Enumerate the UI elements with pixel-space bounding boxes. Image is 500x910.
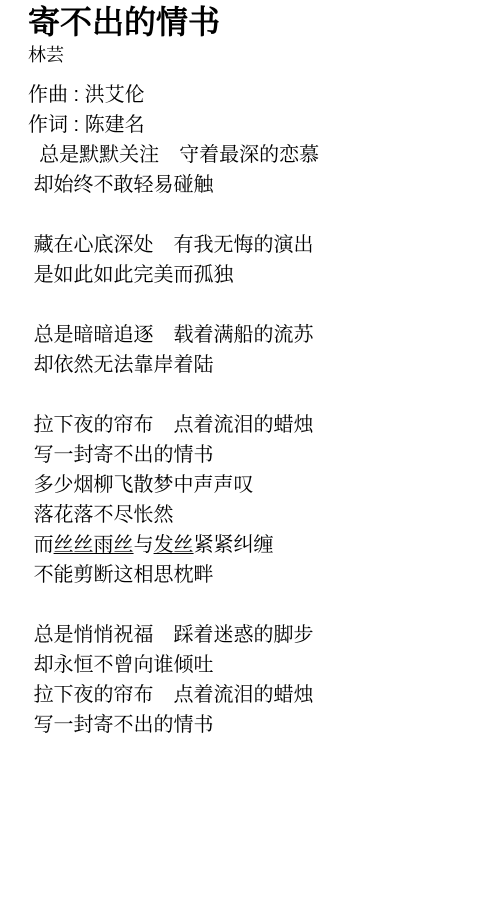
lyric-line: 总是暗暗追逐 载着满船的流苏 xyxy=(28,320,480,350)
lyric-segment: 而 xyxy=(28,534,54,556)
composer-line: 作曲 : 洪艾伦 xyxy=(28,80,480,110)
lyric-line: 多少烟柳飞散梦中声声叹 xyxy=(28,470,480,500)
lyric-segment: 拉下夜的帘布 点着流泪的蜡烛 xyxy=(28,684,314,706)
lyric-line: 却依然无法靠岸着陆 xyxy=(28,350,480,380)
stanza: 总是悄悄祝福 踩着迷惑的脚步 却永恒不曾向谁倾吐 拉下夜的帘布 点着流泪的蜡烛 … xyxy=(28,620,480,740)
lyric-line: 藏在心底深处 有我无悔的演出 xyxy=(28,230,480,260)
lyric-line: 总是悄悄祝福 踩着迷惑的脚步 xyxy=(28,620,480,650)
lyric-segment: 紧紧纠缠 xyxy=(194,534,274,556)
lyric-underlined-segment: 发丝 xyxy=(154,534,194,556)
lyric-line: 不能剪断这相思枕畔 xyxy=(28,560,480,590)
lyric-segment: 是如此如此完美而孤独 xyxy=(28,264,234,286)
artist-name: 林芸 xyxy=(28,42,480,68)
lyric-line: 写一封寄不出的情书 xyxy=(28,440,480,470)
lyric-line: 拉下夜的帘布 点着流泪的蜡烛 xyxy=(28,410,480,440)
stanza: 总是暗暗追逐 载着满船的流苏 却依然无法靠岸着陆 xyxy=(28,320,480,380)
lyric-underlined-segment: 丝丝雨丝 xyxy=(54,534,134,556)
lyric-segment: 却始终不敢轻易碰触 xyxy=(28,174,214,196)
lyric-segment: 却依然无法靠岸着陆 xyxy=(28,354,214,376)
lyric-segment: 总是暗暗追逐 载着满船的流苏 xyxy=(28,324,314,346)
lyric-segment: 写一封寄不出的情书 xyxy=(28,444,214,466)
lyric-segment: 藏在心底深处 有我无悔的演出 xyxy=(28,234,314,256)
lyric-line: 却永恒不曾向谁倾吐 xyxy=(28,650,480,680)
lyric-segment: 总是默默关注 守着最深的恋慕 xyxy=(28,144,319,166)
lyric-line: 是如此如此完美而孤独 xyxy=(28,260,480,290)
lyric-line: 写一封寄不出的情书 xyxy=(28,710,480,740)
stanza: 藏在心底深处 有我无悔的演出 是如此如此完美而孤独 xyxy=(28,230,480,290)
song-title: 寄不出的情书 xyxy=(28,2,480,42)
lyric-line: 而丝丝雨丝与发丝紧紧纠缠 xyxy=(28,530,480,560)
lyrics-body: 总是默默关注 守着最深的恋慕 却始终不敢轻易碰触 藏在心底深处 有我无悔的演出 … xyxy=(28,140,480,740)
stanza: 拉下夜的帘布 点着流泪的蜡烛 写一封寄不出的情书 多少烟柳飞散梦中声声叹 落花落… xyxy=(28,410,480,590)
lyric-segment: 不能剪断这相思枕畔 xyxy=(28,564,214,586)
lyric-line: 却始终不敢轻易碰触 xyxy=(28,170,480,200)
lyric-line: 总是默默关注 守着最深的恋慕 xyxy=(28,140,480,170)
lyrics-page: 寄不出的情书 林芸 作曲 : 洪艾伦 作词 : 陈建名 总是默默关注 守着最深的… xyxy=(0,0,500,910)
stanza: 总是默默关注 守着最深的恋慕 却始终不敢轻易碰触 xyxy=(28,140,480,200)
lyric-segment: 写一封寄不出的情书 xyxy=(28,714,214,736)
lyric-line: 拉下夜的帘布 点着流泪的蜡烛 xyxy=(28,680,480,710)
lyric-segment: 拉下夜的帘布 点着流泪的蜡烛 xyxy=(28,414,314,436)
lyricist-line: 作词 : 陈建名 xyxy=(28,110,480,140)
lyric-segment: 却永恒不曾向谁倾吐 xyxy=(28,654,214,676)
lyric-segment: 总是悄悄祝福 踩着迷惑的脚步 xyxy=(28,624,314,646)
lyric-segment: 与 xyxy=(134,534,154,556)
credits-block: 作曲 : 洪艾伦 作词 : 陈建名 xyxy=(28,80,480,140)
lyric-line: 落花落不尽怅然 xyxy=(28,500,480,530)
lyric-segment: 落花落不尽怅然 xyxy=(28,504,174,526)
lyric-segment: 多少烟柳飞散梦中声声叹 xyxy=(28,474,254,496)
